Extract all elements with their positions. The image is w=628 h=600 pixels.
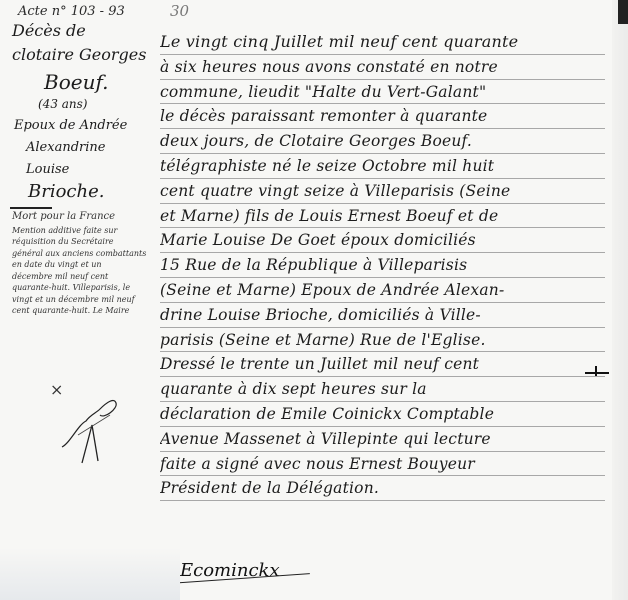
mention-title: Mort pour la France — [12, 211, 160, 223]
body-line: commune, lieudit "Halte du Vert-Galant" — [160, 80, 605, 105]
folio-number: 30 — [170, 2, 189, 20]
mention-line: réquisition du Secrétaire — [12, 236, 160, 248]
margin-surname: Boeuf. — [44, 67, 154, 97]
page-fold-shadow — [0, 548, 180, 600]
mention-line: décembre mil neuf cent — [12, 271, 160, 283]
spouse-line-3: Louise — [26, 159, 154, 181]
margin-age: (43 ans) — [38, 97, 154, 111]
margin-spouse: Epoux de Andrée Alexandrine Louise Brioc… — [14, 115, 154, 203]
body-line: cent quatre vingt seize à Villeparisis (… — [160, 179, 605, 204]
body-line: Marie Louise De Goet époux domiciliés — [160, 228, 605, 253]
body-line: Dressé le trente un Juillet mil neuf cen… — [160, 352, 605, 377]
body-line: le décès paraissant remonter à quarante — [160, 104, 605, 129]
act-number: Acte n° 103 - 93 — [18, 4, 154, 19]
body-line: drine Louise Brioche, domiciliés à Ville… — [160, 303, 605, 328]
mention-line: quarante-huit. Villeparisis, le — [12, 282, 160, 294]
mention-line: général aux anciens combattants — [12, 248, 160, 260]
body-line: (Seine et Marne) Epoux de Andrée Alexan- — [160, 278, 605, 303]
margin-signature-icon — [60, 395, 120, 475]
mention-line: vingt et un décembre mil neuf — [12, 294, 160, 306]
mention-line: en date du vingt et un — [12, 259, 160, 271]
body-line: Président de la Délégation. — [160, 476, 605, 501]
mention-line: cent quarante-huit. Le Maire — [12, 305, 160, 317]
spouse-line-2: Alexandrine — [26, 137, 154, 159]
mention-line: Mention additive faite sur — [12, 225, 160, 237]
document-page: 30 Acte n° 103 - 93 Décès de clotaire Ge… — [0, 0, 612, 600]
body-line: 15 Rue de la République à Villeparisis — [160, 253, 605, 278]
body-line: déclaration de Emile Coinickx Comptable — [160, 402, 605, 427]
body-line: Le vingt cinq Juillet mil neuf cent quar… — [160, 30, 605, 55]
body-line: à six heures nous avons constaté en notr… — [160, 55, 605, 80]
body-line: faite a signé avec nous Ernest Bouyeur — [160, 452, 605, 477]
insertion-mark — [585, 372, 609, 374]
body-line: deux jours, de Clotaire Georges Boeuf. — [160, 129, 605, 154]
margin-title-1: Décès de — [12, 19, 154, 43]
body-line: parisis (Seine et Marne) Rue de l'Eglise… — [160, 328, 605, 353]
body-line: télégraphiste né le seize Octobre mil hu… — [160, 154, 605, 179]
spouse-line-4: Brioche. — [28, 181, 154, 203]
margin-column: Acte n° 103 - 93 Décès de clotaire Georg… — [4, 4, 154, 317]
record-body: Le vingt cinq Juillet mil neuf cent quar… — [160, 30, 605, 501]
margin-title-2: clotaire Georges — [12, 43, 154, 67]
body-line: et Marne) fils de Louis Ernest Boeuf et … — [160, 204, 605, 229]
body-line: Avenue Massenet à Villepinte qui lecture — [160, 427, 605, 452]
scan-edge — [612, 0, 628, 600]
mention-marginale: Mort pour la France Mention additive fai… — [12, 211, 160, 317]
spouse-line-1: Epoux de Andrée — [14, 115, 154, 137]
margin-divider — [10, 207, 52, 209]
body-line: quarante à dix sept heures sur la — [160, 377, 605, 402]
